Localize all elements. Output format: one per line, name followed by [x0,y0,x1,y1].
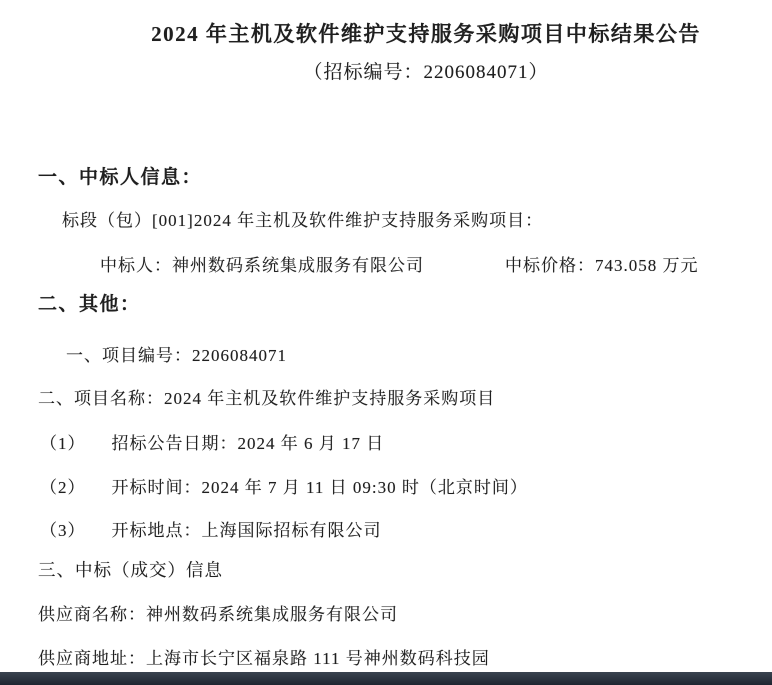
section-heading-award-info: 三、中标（成交）信息 [38,557,223,582]
bid-opening-time-text: 开标时间：2024 年 7 月 11 日 09:30 时（北京时间） [112,473,528,498]
section-heading-winner-info: 一、中标人信息： [38,162,202,189]
bid-opening-place-text: 开标地点：上海国际招标有限公司 [112,516,382,541]
document-title: 2024 年主机及软件维护支持服务采购项目中标结果公告 [80,18,772,48]
announcement-date-text: 招标公告日期：2024 年 6 月 17 日 [112,429,385,454]
section-heading-other: 二、其他： [38,289,141,316]
item-marker-2: （2） [40,473,86,498]
announcement-document: 2024 年主机及软件维护支持服务采购项目中标结果公告 （招标编号：220608… [0,0,772,685]
project-number-line: 一、项目编号：2206084071 [66,341,287,366]
bottom-dark-bar [0,672,772,685]
document-subtitle-tender-number: （招标编号：2206084071） [80,57,772,84]
bid-opening-place-line: （3） 开标地点：上海国际招标有限公司 [40,516,382,541]
bid-opening-time-line: （2） 开标时间：2024 年 7 月 11 日 09:30 时（北京时间） [40,473,528,498]
item-marker-3: （3） [40,516,86,541]
winning-price-line: 中标价格：743.058 万元 [505,251,699,276]
winner-name-line: 中标人：神州数码系统集成服务有限公司 [100,251,424,276]
lot-package-line: 标段（包）[001]2024 年主机及软件维护支持服务采购项目： [62,206,543,231]
project-name-line: 二、项目名称：2024 年主机及软件维护支持服务采购项目 [38,384,495,409]
supplier-address-line: 供应商地址：上海市长宁区福泉路 111 号神州数码科技园 [38,644,490,669]
announcement-date-line: （1） 招标公告日期：2024 年 6 月 17 日 [40,429,384,454]
supplier-name-line: 供应商名称：神州数码系统集成服务有限公司 [38,600,398,625]
item-marker-1: （1） [40,429,86,454]
